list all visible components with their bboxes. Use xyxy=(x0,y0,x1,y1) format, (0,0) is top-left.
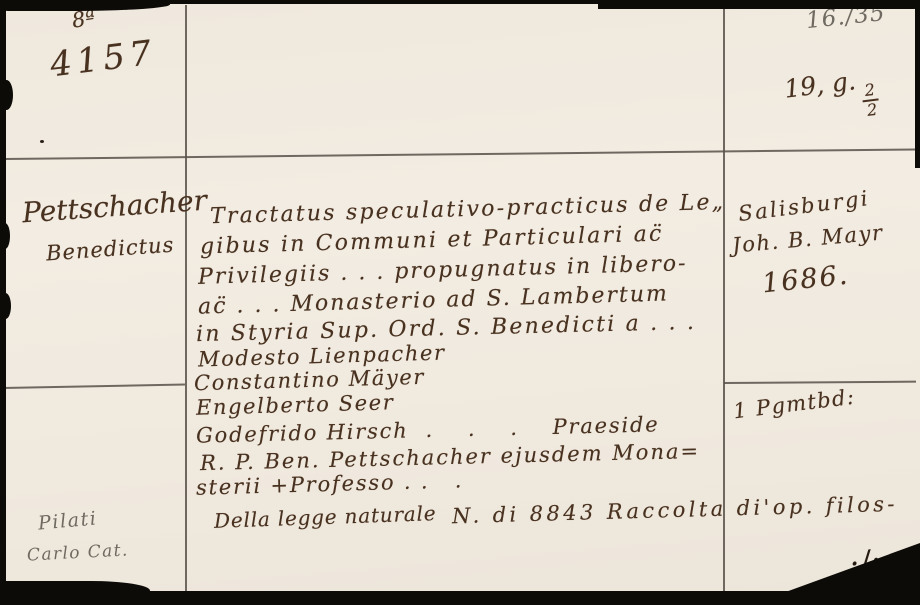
scan-edge-top-right xyxy=(598,0,920,9)
attribution-name: Pilati xyxy=(37,509,98,533)
catalog-card-photo: 8ª 4157 16./35 19, g.22 Pettschacher Ben… xyxy=(0,0,920,605)
scan-edge-left-bump1 xyxy=(0,80,13,110)
ink-speck xyxy=(40,140,44,143)
fraction-numerator: 2 xyxy=(864,82,876,99)
shelfmark: 19, g.22 xyxy=(748,41,884,157)
scan-edge-right xyxy=(915,0,920,168)
title-line: Engelberto Seer xyxy=(196,392,395,419)
column-divider-left xyxy=(185,5,187,597)
ink-speck xyxy=(640,300,643,302)
scan-edge-left-bump2 xyxy=(0,223,10,249)
fraction-denominator: 2 xyxy=(866,102,878,119)
shelfmark-prefix: 19, g. xyxy=(783,66,858,104)
scan-edge-bottom-left xyxy=(0,581,150,605)
scan-edge-left-bump3 xyxy=(0,293,11,319)
